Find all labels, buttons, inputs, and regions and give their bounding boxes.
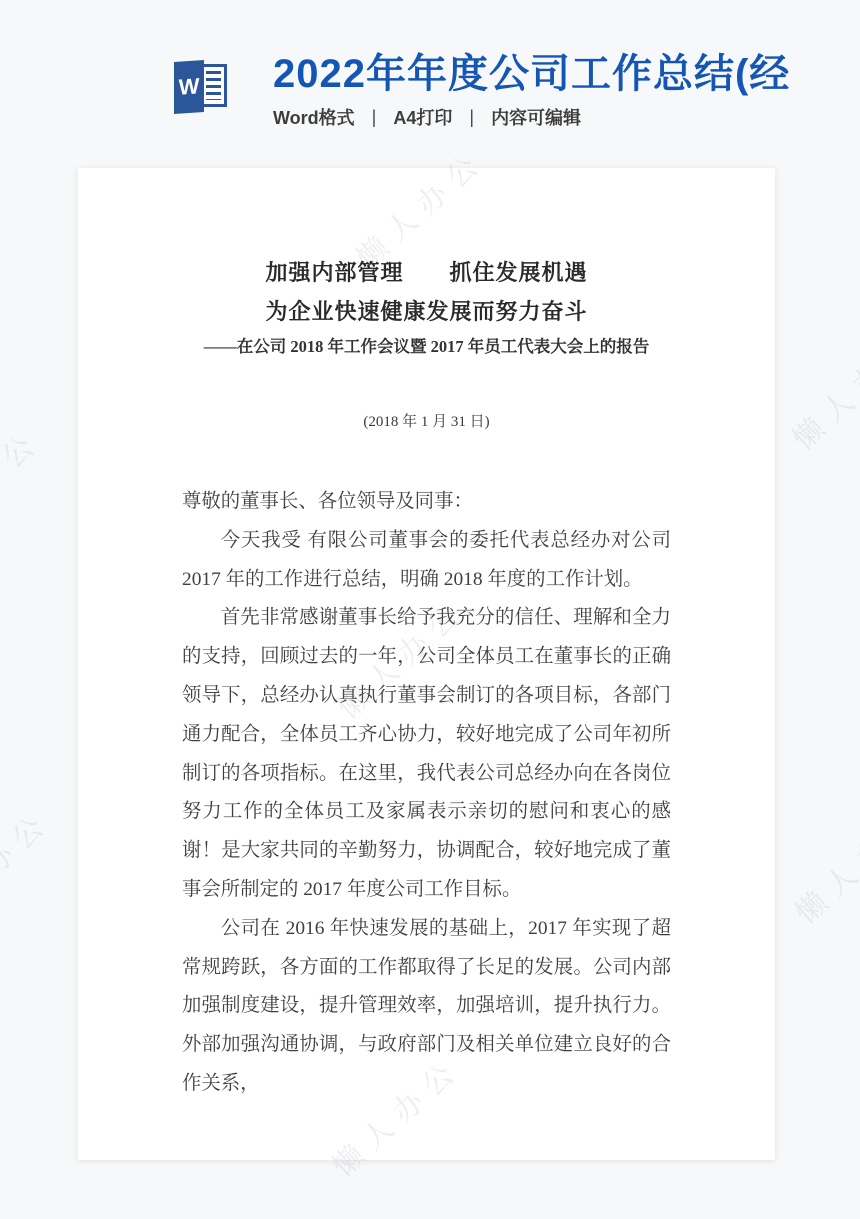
meta-item: A4打印 [393,104,452,130]
watermark-text: 懒人办公 [781,318,860,458]
word-icon-cover: W [174,60,204,114]
document-title: 加强内部管理 抓住发展机遇 为企业快速健康发展而努力奋斗 [182,168,671,331]
paragraph: 首先非常感谢董事长给予我充分的信任、理解和全力的支持，回顾过去的一年，公司全体员… [182,599,671,909]
word-icon: W [174,58,230,114]
page-title: 2022年年度公司工作总结(经 [273,50,790,98]
document-subtitle: ——在公司 2018 年工作会议暨 2017 年员工代表大会上的报告 [182,333,671,361]
paragraph: 公司在 2016 年快速发展的基础上，2017 年实现了超常规跨跃，各方面的工作… [182,910,671,1104]
word-icon-page [200,64,227,107]
word-icon-letter: W [179,75,200,98]
paragraph: 今天我受 有限公司董事会的委托代表总经办对公司 2017 年的工作进行总结，明确… [182,522,671,600]
header: W 2022年年度公司工作总结(经 Word格式|A4打印|内容可编辑 [0,0,860,150]
meta-separator: | [469,107,474,128]
document-title-line2: 为企业快速健康发展而努力奋斗 [182,292,671,331]
document-title-line1: 加强内部管理 抓住发展机遇 [182,253,671,292]
watermark-text: 懒人办公 [784,792,860,932]
document-date: (2018 年 1 月 31 日) [182,408,671,436]
word-icon-text-lines [206,71,221,100]
document-body: 尊敬的董事长、各位领导及同事：今天我受 有限公司董事会的委托代表总经办对公司 2… [182,483,671,1104]
header-text: 2022年年度公司工作总结(经 Word格式|A4打印|内容可编辑 [273,50,790,130]
meta-item: 内容可编辑 [491,104,581,130]
document-content: 加强内部管理 抓住发展机遇 为企业快速健康发展而努力奋斗 ——在公司 2018 … [182,168,671,1160]
paragraph: 尊敬的董事长、各位领导及同事： [182,483,671,522]
format-meta: Word格式|A4打印|内容可编辑 [273,104,790,130]
document-page: 加强内部管理 抓住发展机遇 为企业快速健康发展而努力奋斗 ——在公司 2018 … [78,168,775,1160]
watermark-text: 懒人办公 [0,417,49,557]
page: { "colors": { "background": "#f7f8f9", "… [0,0,860,1219]
meta-separator: | [372,107,377,128]
watermark-text: 懒人办公 [0,798,59,938]
meta-item: Word格式 [273,104,355,130]
